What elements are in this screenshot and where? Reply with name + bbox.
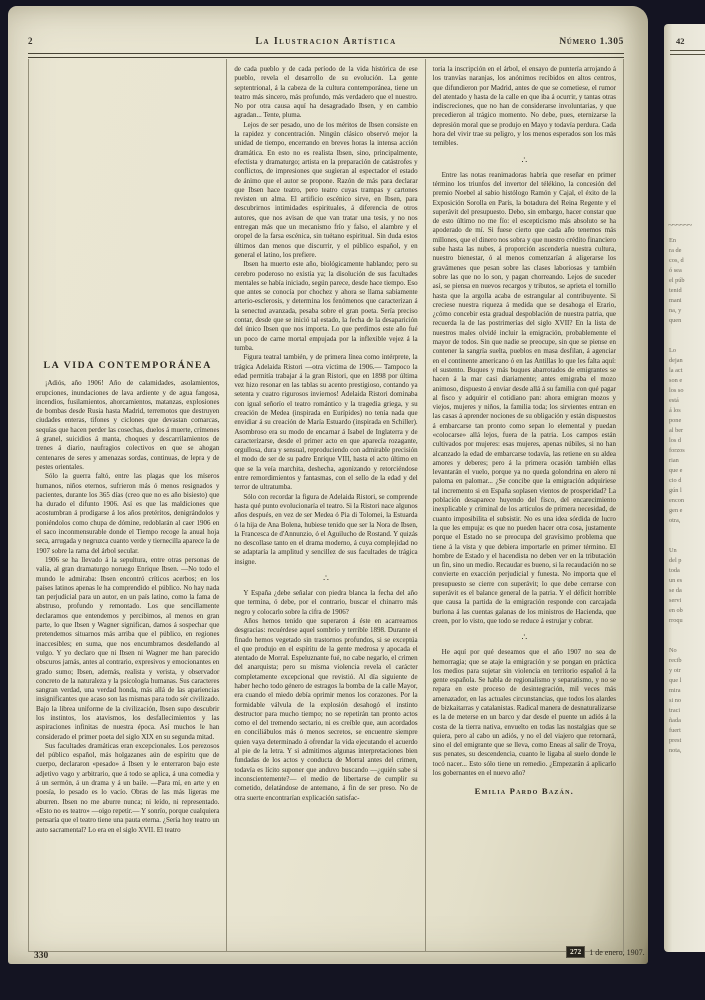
column-right-text: toria la inscripción en el árbol, el ens… [433,65,616,778]
page-header: 2 La Ilustracion Artística Número 1.305 [28,36,624,52]
article-title: LA VIDA CONTEMPORÁNEA [36,361,219,370]
adjacent-text-fragments: Enra decos, dó seael púbtenidmanina, yqu… [669,236,704,756]
fragment-line: los d [669,436,704,446]
footer-date-row: 272 1 de enero, 1907. [566,946,645,958]
fragment-line [669,636,704,646]
fragment-line [669,336,704,346]
fragment-line: se da [669,586,704,596]
adjacent-page-folio: 42 [676,36,685,46]
paragraph: He aquí por qué deseamos que el año 1907… [433,648,616,778]
paragraph: Entre las notas reanimadoras habría que … [433,171,616,627]
fragment-line: forzos [669,446,704,456]
paragraph: Figura teatral también, y de primera lín… [234,353,417,492]
fragment-line: otra, [669,516,704,526]
fragment-line: No [669,646,704,656]
fragment-line: son e [669,376,704,386]
fragment-line: En [669,236,704,246]
paragraph: toria la inscripción en el árbol, el ens… [433,65,616,149]
fragment-line: recib [669,656,704,666]
fragment-line: traci [669,706,704,716]
column-middle-text: de cada pueblo y de cada período de la v… [234,65,417,803]
fragment-line: mani [669,296,704,306]
paragraph: Sólo con recordar la figura de Adelaida … [234,493,417,567]
adjacent-header-rule [670,50,705,55]
paragraph: Ibsen ha muerto este año, biológicamente… [234,260,417,353]
fragment-line: ñada [669,716,704,726]
fragment-line: la act [669,366,704,376]
fragment-line: á los [669,406,704,416]
fragment-line [669,526,704,536]
fragment-line [669,626,704,636]
issue-badge: 272 [566,946,585,958]
fragment-line: encon [669,496,704,506]
paragraph: Y España ¿debe señalar con piedra blanca… [234,589,417,617]
header-rule [28,53,624,58]
fragment-line: los so [669,386,704,396]
fragment-line: Un [669,546,704,556]
fragment-line: pone [669,416,704,426]
fragment-line: quen [669,316,704,326]
fragment-line: dejan [669,356,704,366]
text-block: LA VIDA CONTEMPORÁNEA ¡Adiós, año 1906! … [28,59,624,952]
adjacent-page-edge: 42 ~~~~~~ Enra decos, dó seael púbtenidm… [664,24,705,952]
column-left: LA VIDA CONTEMPORÁNEA ¡Adiós, año 1906! … [29,59,226,951]
fragment-line: está [669,396,704,406]
paragraph: ¡Adiós, año 1906! Año de calamidades, as… [36,379,219,472]
fragment-line: mira [669,686,704,696]
fragment-line: gún l [669,486,704,496]
fragment-line: na, y [669,306,704,316]
paragraph: de cada pueblo y de cada período de la v… [234,65,417,121]
fragment-line [669,326,704,336]
fragment-line: nota, [669,746,704,756]
fragment-line: tenid [669,286,704,296]
fragment-line: rroqu [669,616,704,626]
fragment-line: que l [669,676,704,686]
fragment-line: un es [669,576,704,586]
fragment-line: prest [669,736,704,746]
paragraph: Sus facultades dramáticas eran excepcion… [36,742,219,835]
asterism-divider: ∴ [234,570,417,586]
column-middle: de cada pueblo y de cada período de la v… [226,59,424,951]
fragment-line: en ob [669,606,704,616]
publication-title: La Ilustracion Artística [28,36,624,47]
fragment-line: y otr [669,666,704,676]
asterism-divider: ∴ [433,152,616,168]
fragment-line: que e [669,466,704,476]
fragment-line: toda [669,566,704,576]
fragment-line: gen e [669,506,704,516]
paragraph: Lejos de ser pesado, uno de los méritos … [234,121,417,260]
fragment-line: cos, d [669,256,704,266]
issue-date: 1 de enero, 1907. [589,948,644,957]
magazine-page: 2 La Ilustracion Artística Número 1.305 … [8,6,648,964]
fragment-line: servi [669,596,704,606]
fragment-line: el púb [669,276,704,286]
fragment-line: ra de [669,246,704,256]
asterism-divider: ∴ [433,629,616,645]
fragment-line: fuert [669,726,704,736]
paragraph: Sólo la guerra faltó, entre las plagas q… [36,472,219,556]
blank-space [36,65,219,361]
paragraph: 1906 se ha llevado á la sepultura, entre… [36,556,219,742]
paragraph: Años hemos tenido que superaron á éste e… [234,617,417,803]
fragment-line [669,536,704,546]
fragment-line: del p [669,556,704,566]
pen-squiggle-mark: ~~~~~~ [668,220,691,230]
author-signature: Emilia Pardo Bazán. [433,787,616,796]
fragment-line: cio d [669,476,704,486]
fragment-line: si no [669,696,704,706]
fragment-line: Lo [669,346,704,356]
fragment-line: al ber [669,426,704,436]
column-right: toria la inscripción en el árbol, el ens… [425,59,623,951]
fragment-line: ó sea [669,266,704,276]
column-left-text: ¡Adiós, año 1906! Año de calamidades, as… [36,379,219,835]
page-folio: 330 [34,951,48,961]
fragment-line: rian [669,456,704,466]
